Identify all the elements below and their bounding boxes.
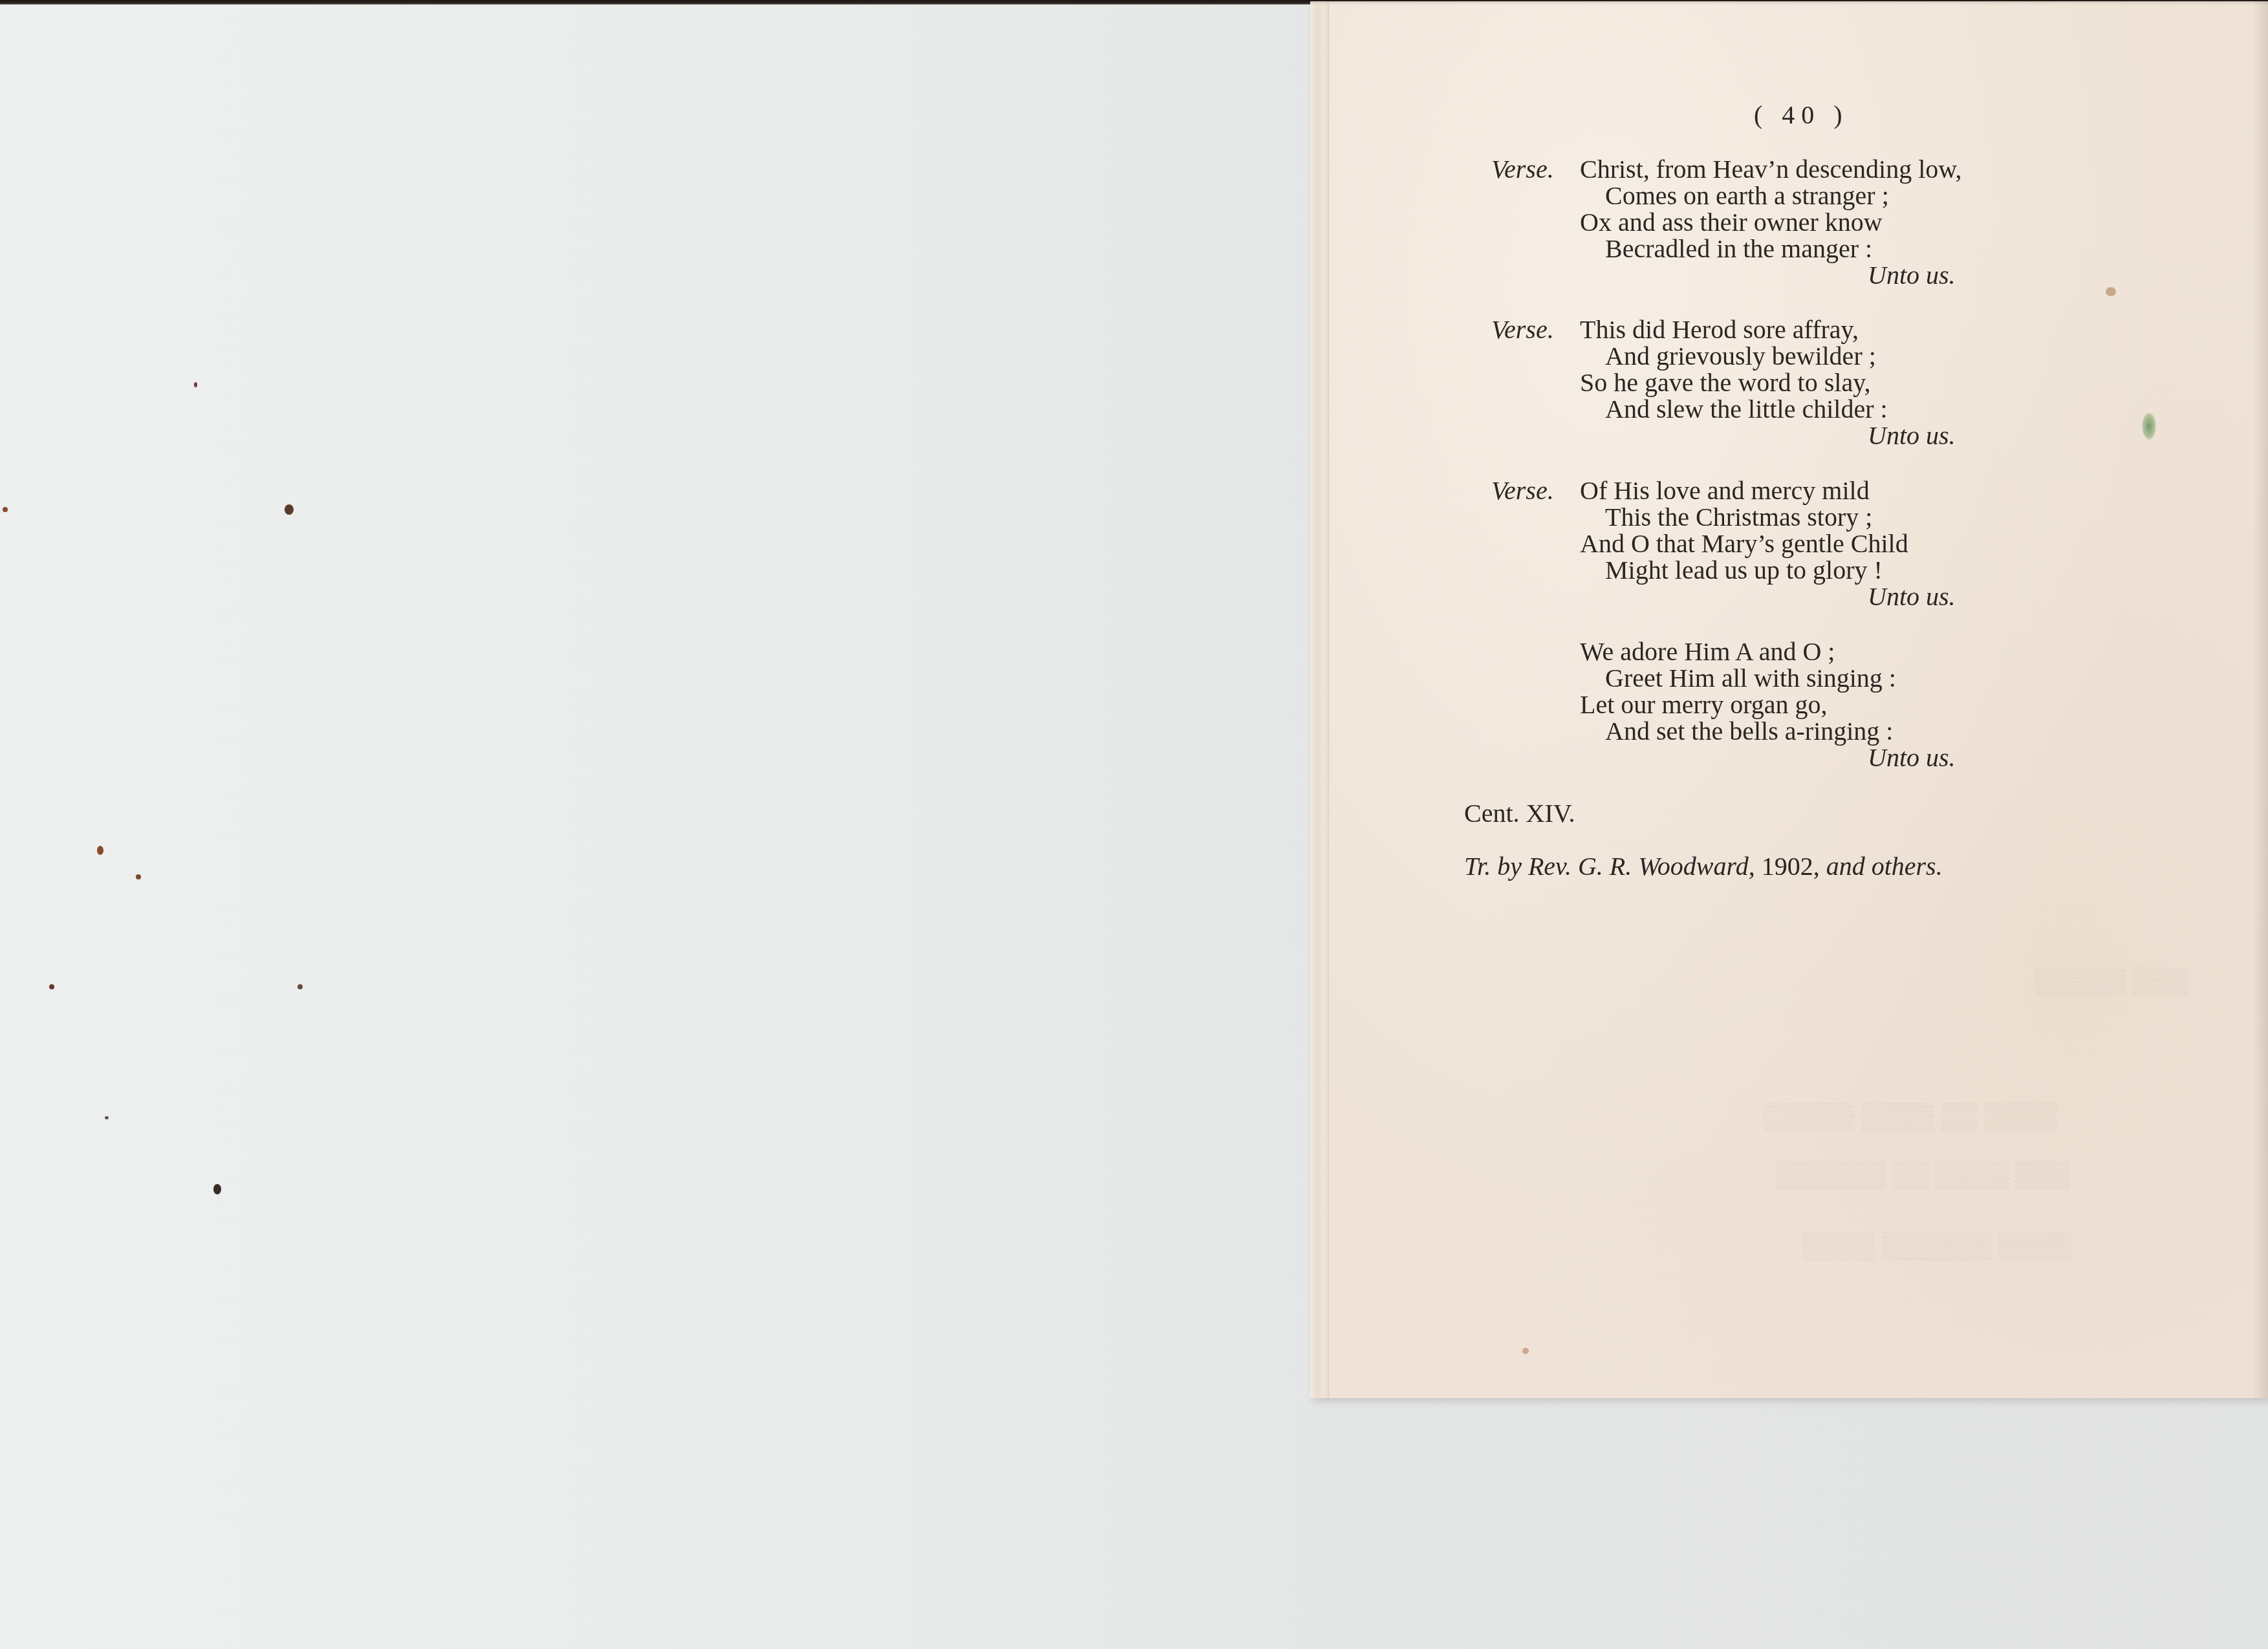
verse-line: And O that Mary’s gentle Child xyxy=(1580,531,1908,557)
page-top-edge xyxy=(1310,1,2268,5)
paper-stain xyxy=(1522,1348,1529,1354)
verse-line: And grievously bewilder ; xyxy=(1605,343,1876,369)
refrain: Unto us. xyxy=(1868,745,1956,771)
verse-line: Comes on earth a stranger ; xyxy=(1605,183,1889,209)
verse-line: We adore Him A and O ; xyxy=(1580,639,1835,665)
dust-speck xyxy=(105,1116,109,1119)
verse-line: Let our merry organ go, xyxy=(1580,692,1827,718)
show-through-text: ▒▒▒ ▒▒▒▒ ▒▒ ▒▒▒▒▒▒ xyxy=(1776,1159,2070,1189)
verse-line: This the Christmas story ; xyxy=(1605,504,1872,530)
dust-speck xyxy=(194,382,197,387)
dust-speck xyxy=(297,984,303,989)
verse-line: Ox and ass their owner know xyxy=(1580,210,1883,235)
refrain: Unto us. xyxy=(1868,263,1956,288)
verse-line: And set the bells a-ringing : xyxy=(1605,718,1893,744)
page-number: ( 40 ) xyxy=(1754,102,1849,128)
verse-line: So he gave the word to slay, xyxy=(1580,370,1871,396)
page-gutter-fold xyxy=(1310,1,1329,1398)
translator-attribution: Tr. by Rev. G. R. Woodward, 1902, and ot… xyxy=(1464,854,1943,879)
show-through-text: ▒▒▒ ▒▒▒▒▒ xyxy=(2035,965,2188,995)
verse-line: And slew the little childer : xyxy=(1605,396,1888,422)
verse-line: Greet Him all with singing : xyxy=(1605,665,1896,691)
page-right-shadow xyxy=(2252,1,2268,1398)
verse-line: Christ, from Heav’n descending low, xyxy=(1580,156,1962,182)
source-century: Cent. XIV. xyxy=(1464,801,1575,826)
dust-speck xyxy=(3,507,8,512)
dust-speck xyxy=(97,846,103,855)
dust-speck xyxy=(49,984,54,989)
refrain: Unto us. xyxy=(1868,423,1956,449)
verse-line: Becradled in the manger : xyxy=(1605,236,1872,262)
show-through-text: ▒▒▒▒ ▒▒ ▒▒▒▒ ▒▒▒▒▒ xyxy=(1763,1101,2057,1131)
verse-label: Verse. xyxy=(1491,478,1554,504)
attribution-prefix: Tr. by Rev. G. R. Woodward, xyxy=(1464,852,1755,881)
verse-label: Verse. xyxy=(1491,317,1554,343)
refrain: Unto us. xyxy=(1868,584,1956,610)
paper-stain xyxy=(2106,287,2116,296)
verse-label: Verse. xyxy=(1491,156,1554,182)
moss-spot xyxy=(2142,413,2156,440)
verse-line: Might lead us up to glory ! xyxy=(1605,557,1883,583)
dust-speck xyxy=(213,1184,221,1194)
attribution-year: 1902, xyxy=(1755,852,1820,881)
verse-line: Of His love and mercy mild xyxy=(1580,478,1870,504)
dust-speck xyxy=(136,874,141,879)
dust-speck xyxy=(285,504,294,515)
attribution-suffix: and others. xyxy=(1820,852,1943,881)
verse-line: This did Herod sore affray, xyxy=(1580,317,1859,343)
show-through-text: ▒▒▒▒ ▒▒▒▒▒▒ ▒▒▒▒ xyxy=(1802,1230,2071,1260)
